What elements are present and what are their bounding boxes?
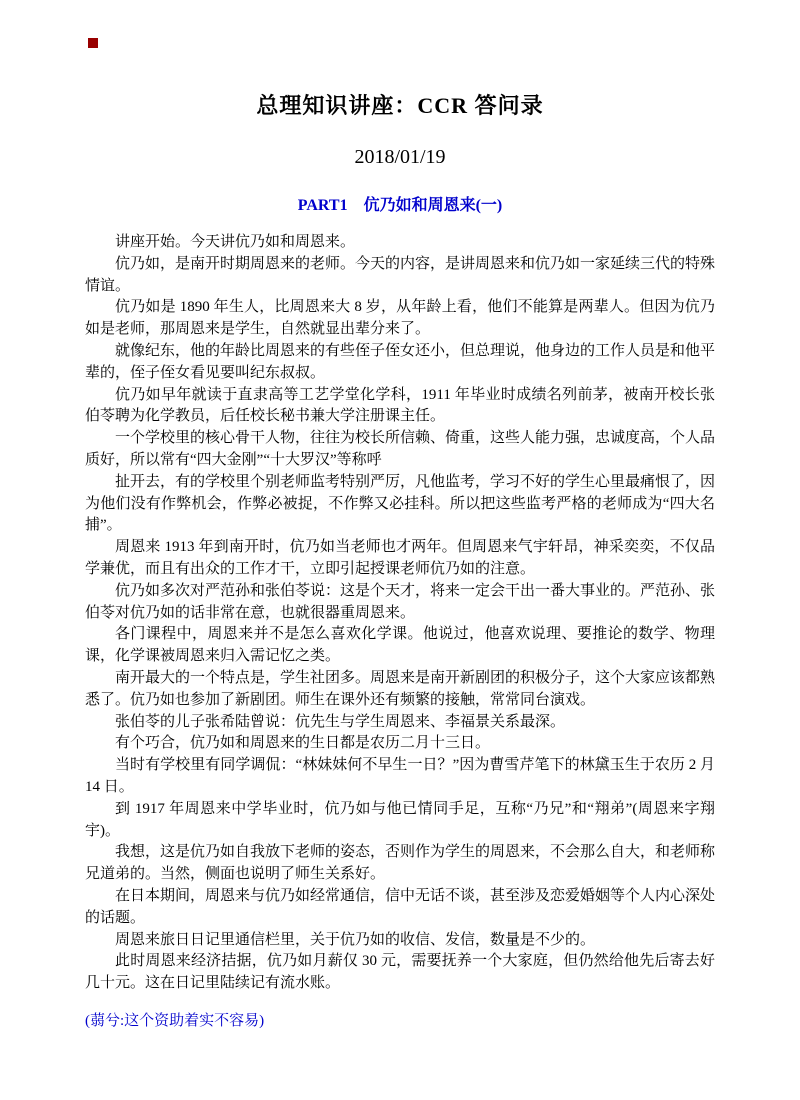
red-square-marker: [88, 38, 98, 48]
paragraph: 讲座开始。今天讲伉乃如和周恩来。: [85, 232, 715, 254]
paragraph: 在日本期间，周恩来与伉乃如经常通信，信中无话不谈，甚至涉及恋爱婚姻等个人内心深处…: [85, 886, 715, 930]
paragraph: 伉乃如是 1890 年生人，比周恩来大 8 岁，从年龄上看，他们不能算是两辈人。…: [85, 297, 715, 341]
page-title: 总理知识讲座：CCR 答问录: [0, 0, 800, 119]
paragraph: 周恩来旅日日记里通信栏里，关于伉乃如的收信、发信，数量是不少的。: [85, 930, 715, 952]
paragraph: 我想，这是伉乃如自我放下老师的姿态，否则作为学生的周恩来，不会那么自大，和老师称…: [85, 842, 715, 886]
section-heading-part1: PART1 伉乃如和周恩来(一): [0, 196, 800, 216]
paragraph: 伉乃如多次对严范孙和张伯苓说：这是个天才，将来一定会干出一番大事业的。严范孙、张…: [85, 581, 715, 625]
paragraph: 有个巧合，伉乃如和周恩来的生日都是农历二月十三日。: [85, 733, 715, 755]
paragraph: 各门课程中，周恩来并不是怎么喜欢化学课。他说过，他喜欢说理、要推论的数学、物理课…: [85, 624, 715, 668]
paragraph: 张伯苓的儿子张希陆曾说：伉先生与学生周恩来、李福景关系最深。: [85, 712, 715, 734]
paragraph: 到 1917 年周恩来中学毕业时，伉乃如与他已情同手足，互称“乃兄”和“翔弟”(…: [85, 799, 715, 843]
paragraph: 南开最大的一个特点是，学生社团多。周恩来是南开新剧团的积极分子，这个大家应该都熟…: [85, 668, 715, 712]
body-text: 讲座开始。今天讲伉乃如和周恩来。伉乃如，是南开时期周恩来的老师。今天的内容，是讲…: [85, 232, 715, 995]
document-page: 总理知识讲座：CCR 答问录 2018/01/19 PART1 伉乃如和周恩来(…: [0, 0, 800, 1100]
document-date: 2018/01/19: [0, 145, 800, 169]
paragraph: 伉乃如，是南开时期周恩来的老师。今天的内容，是讲周恩来和伉乃如一家延续三代的特殊…: [85, 254, 715, 298]
footer-note: (蒻兮:这个资助着实不容易): [85, 1011, 715, 1032]
paragraph: 当时有学校里有同学调侃：“林妹妹何不早生一日？”因为曹雪芹笔下的林黛玉生于农历 …: [85, 755, 715, 799]
paragraph: 一个学校里的核心骨干人物，往往为校长所信赖、倚重，这些人能力强，忠诚度高，个人品…: [85, 428, 715, 472]
paragraph: 周恩来 1913 年到南开时，伉乃如当老师也才两年。但周恩来气宇轩昂，神采奕奕，…: [85, 537, 715, 581]
paragraph: 就像纪东，他的年龄比周恩来的有些侄子侄女还小，但总理说，他身边的工作人员是和他平…: [85, 341, 715, 385]
paragraph: 伉乃如早年就读于直隶高等工艺学堂化学科，1911 年毕业时成绩名列前茅，被南开校…: [85, 385, 715, 429]
paragraph: 扯开去，有的学校里个别老师监考特别严厉，凡他监考，学习不好的学生心里最痛恨了，因…: [85, 472, 715, 537]
paragraph: 此时周恩来经济拮据，伉乃如月薪仅 30 元，需要抚养一个大家庭，但仍然给他先后寄…: [85, 951, 715, 995]
